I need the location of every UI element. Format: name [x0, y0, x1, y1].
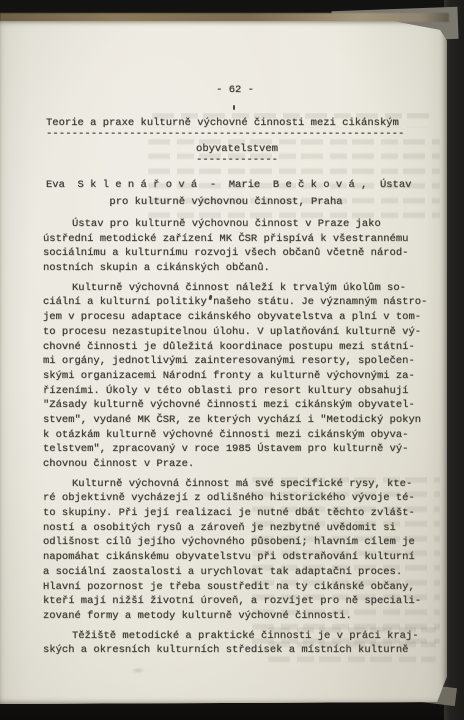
paragraph: Těžiště metodické a praktické činnosti j… — [43, 629, 441, 658]
scan-smudge — [133, 669, 143, 672]
text-line: Kulturně výchovná činnost má své specifi… — [43, 477, 441, 492]
text-line: ských a okresních kulturních středisek a… — [43, 643, 441, 658]
text-line: Těžiště metodické a praktické činnosti j… — [43, 629, 441, 644]
title-underline-dashes: ----------------------------------------… — [46, 127, 404, 142]
text-line: to skupiny. Při její realizaci je nutné … — [43, 506, 441, 521]
text-line: a sociální zaostalosti a urychlovat tak … — [43, 565, 441, 580]
ink-speck — [233, 105, 235, 110]
text-line: ciální a kulturní politiky našeho státu.… — [43, 295, 441, 310]
text-line: ústřední metodické zařízení MK ČSR přisp… — [43, 232, 441, 247]
text-line: Hlavní pozornost je třeba soustředit na … — [43, 580, 441, 595]
text-line: Kulturně výchovná činnost náleží k trval… — [43, 281, 441, 296]
text-line: telstvem", zpracovaný v roce 1985 Ústave… — [43, 442, 441, 457]
body-text: Ústav pro kulturně výchovnou činnost v P… — [43, 217, 441, 658]
paragraph: Ústav pro kulturně výchovnou činnost v P… — [43, 217, 441, 276]
text-line: k otázkám kulturně výchovné činnosti mez… — [43, 428, 441, 443]
authors-affiliation-line: pro kulturně výchovnou činnost, Praha — [27, 195, 425, 210]
page-number: - 62 - — [36, 83, 434, 98]
text-line: jem v procesu adaptace cikánského obyvat… — [43, 310, 441, 325]
book-top-edge — [0, 13, 449, 22]
text-line: skými organizacemi Národní fronty a kult… — [43, 369, 441, 384]
authors-line: Eva S k l e n á ř o v á - Marie B e č k … — [46, 178, 411, 193]
text-line: nostních skupin a cikánských občanů. — [43, 261, 441, 276]
text-line: stvem", vydané MK ČSR, ze kterých vycház… — [43, 413, 441, 428]
text-line: chovné činnosti je důležitá koordinace p… — [43, 340, 441, 355]
document-page: - 62 - Teorie a praxe kulturně výchovné … — [0, 21, 447, 704]
text-line: chovnou činnost v Praze. — [43, 457, 441, 472]
text-line: odlišnost cílů jejího výchovného působen… — [43, 535, 441, 550]
title-underline-dashes: ------------- — [38, 153, 436, 168]
text-line: ré objektivně vycházejí z odlišného hist… — [43, 491, 441, 506]
text-line: napomáhat cikánskému obyvatelstvu při od… — [43, 550, 441, 565]
scanned-book-page: - 62 - Teorie a praxe kulturně výchovné … — [0, 0, 464, 720]
paragraph: Kulturně výchovná činnost náleží k trval… — [43, 281, 441, 472]
text-line: zované formy a metody kulturně výchovné … — [43, 609, 441, 624]
text-line: sociálnímu a kulturnímu rozvoji všech ob… — [43, 246, 441, 261]
text-line: "Zásady kulturně výchovné činnosti mezi … — [43, 398, 441, 413]
text-line: Ústav pro kulturně výchovnou činnost v P… — [43, 217, 441, 232]
text-line: mi orgány, jednotlivými zainteresovanými… — [43, 354, 441, 369]
text-line: řízeními. Úkoly v této oblasti pro resor… — [43, 384, 441, 399]
page-stack-edge — [444, 0, 464, 720]
paragraph: Kulturně výchovná činnost má své specifi… — [43, 477, 441, 624]
text-line: ností a osobitých rysů a zároveň je nezb… — [43, 521, 441, 536]
text-line: to procesu nezastupitelnou úlohu. V upla… — [43, 325, 441, 340]
text-line: kteří mají nižší životní úroveň, a rozví… — [43, 594, 441, 609]
